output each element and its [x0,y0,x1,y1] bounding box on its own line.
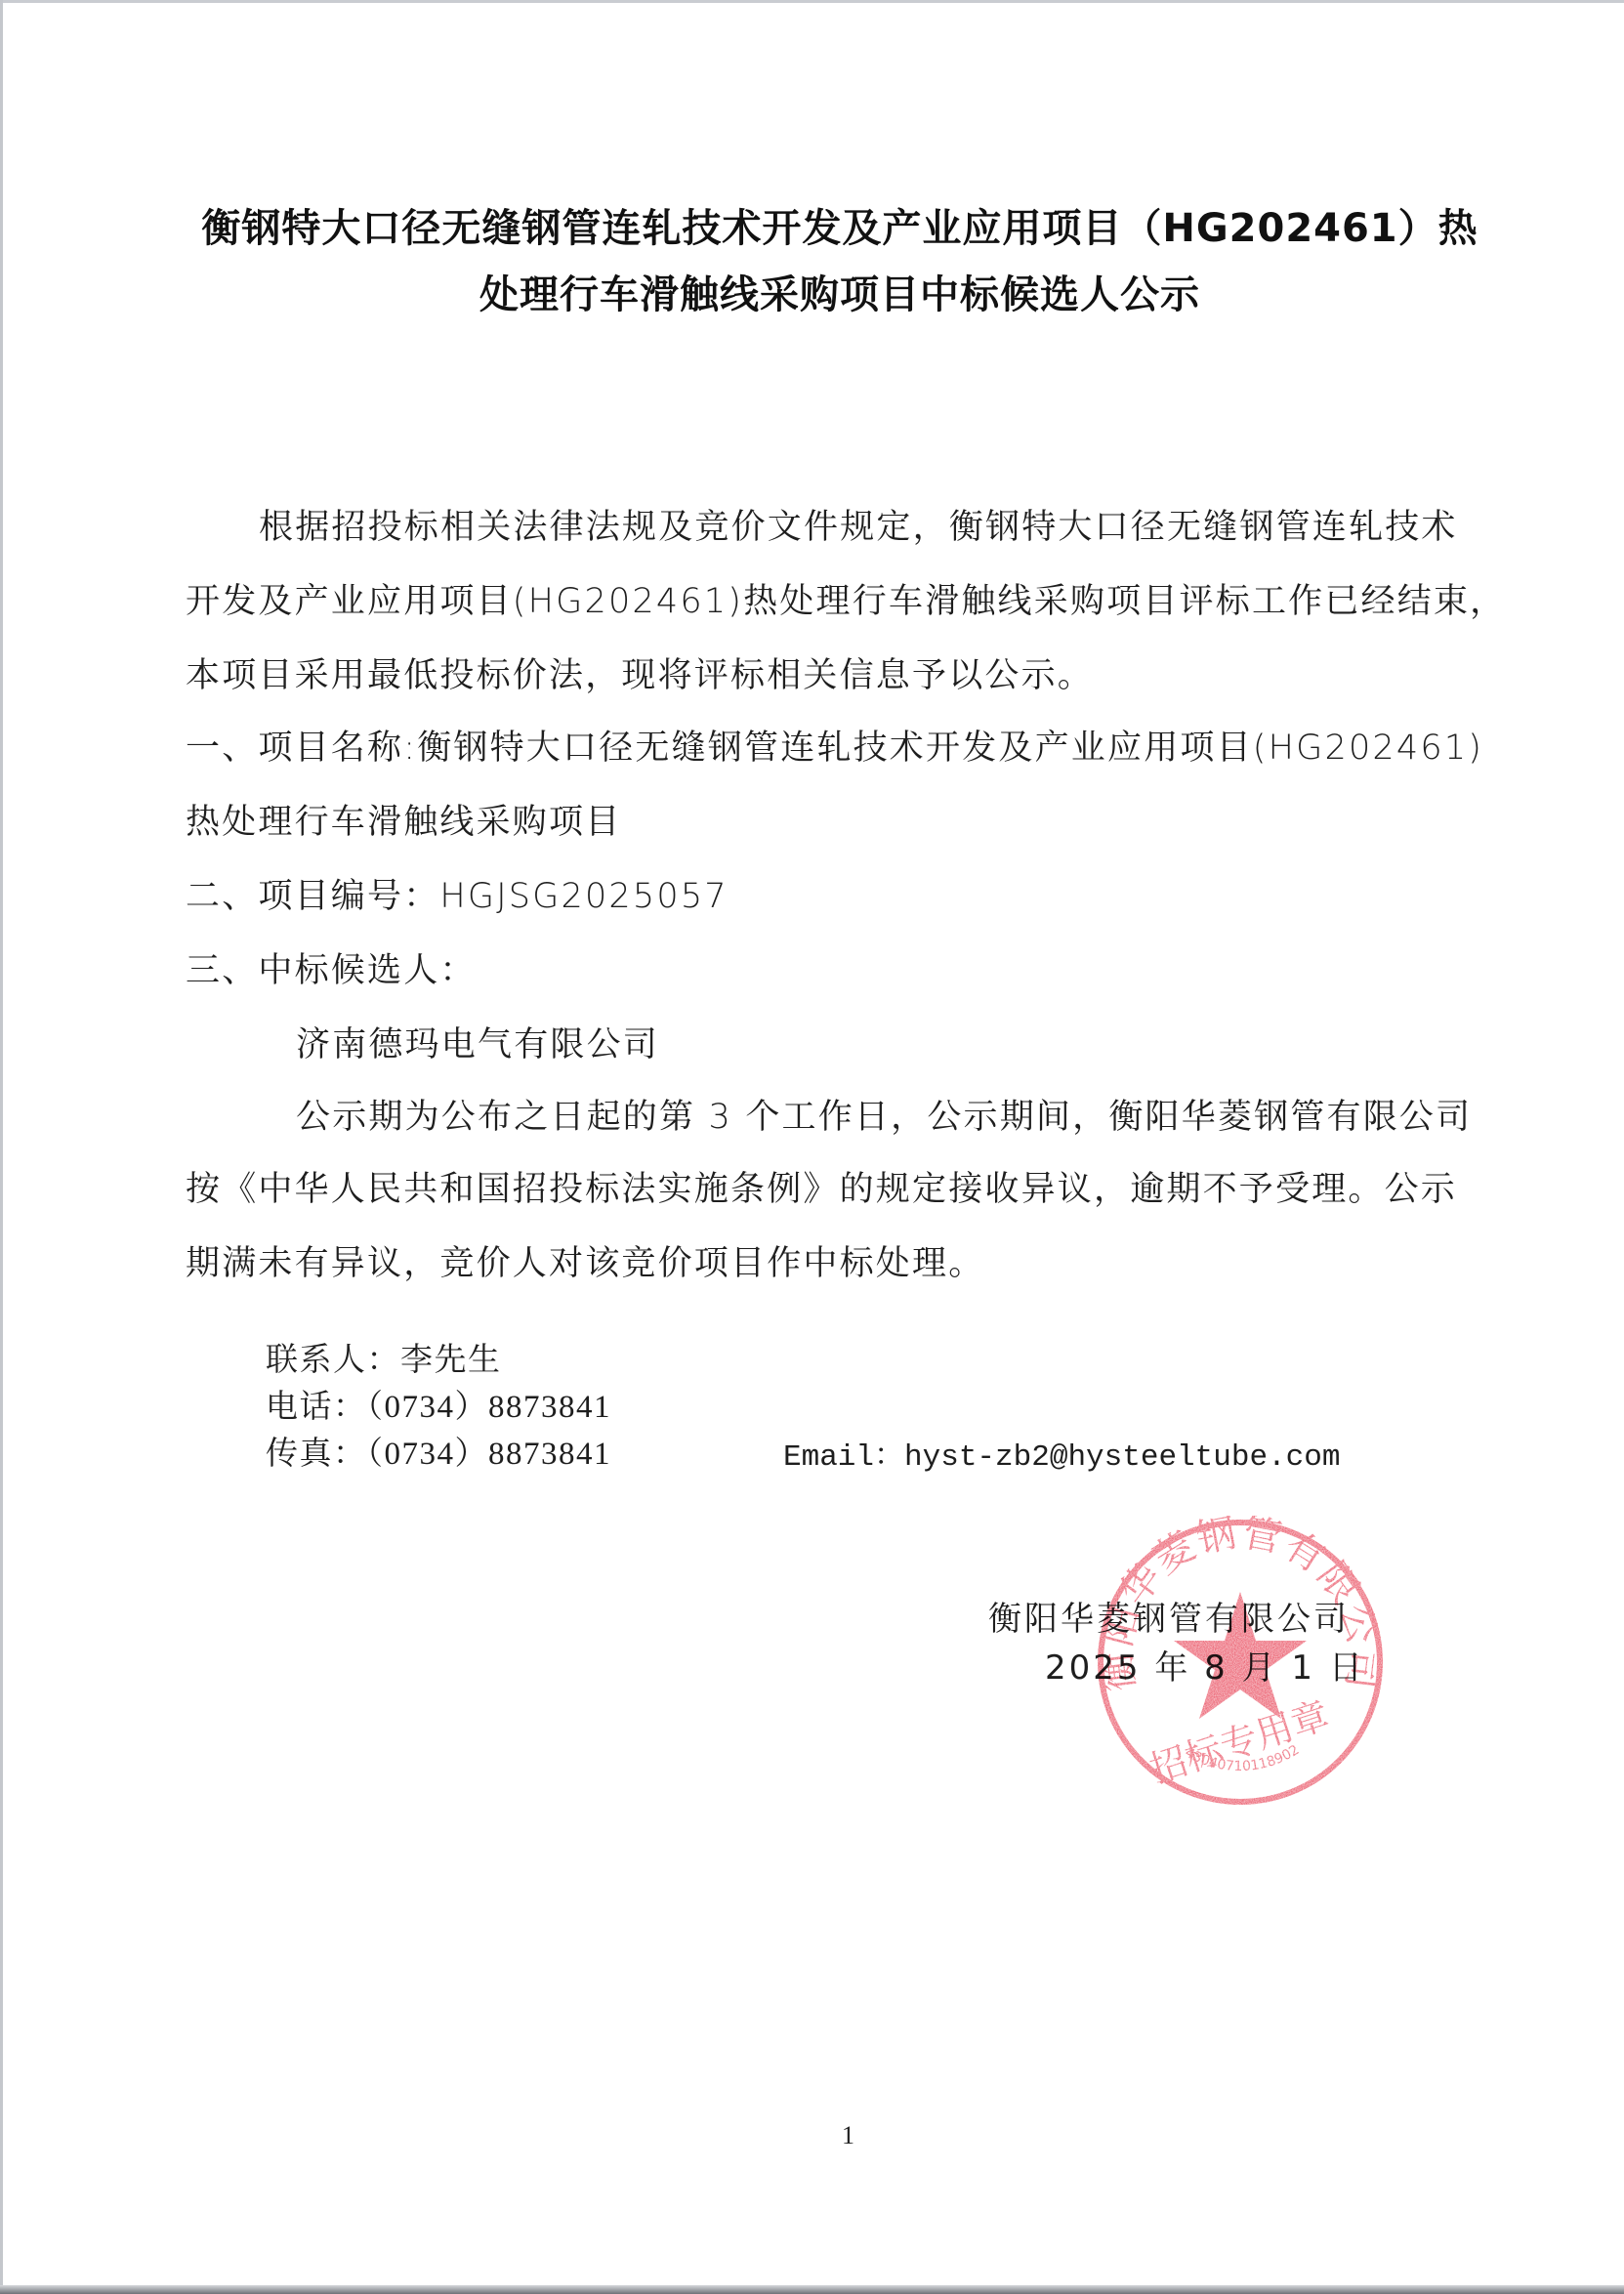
notice-line-2: 按《中华人民共和国招投标法实施条例》的规定接收异议，逾期不予受理。公示 [186,1162,1457,1211]
project-number: 二、项目编号：HGJSG2025057 [186,869,729,918]
candidate-name: 济南德玛电气有限公司 [296,1018,659,1066]
contact-person-label: 联系人： [266,1340,400,1378]
intro-line-1: 根据招投标相关法律法规及竞价文件规定，衡钢特大口径无缝钢管连轧技术 [259,500,1458,549]
scan-edge-bottom [0,2285,1624,2294]
intro-line-2: 开发及产业应用项目(HG202461)热处理行车滑触线采购项目评标工作已经结束， [186,574,1506,623]
contact-email-label: Email： [783,1440,904,1475]
intro-line-3: 本项目采用最低投标价法，现将评标相关信息予以公示。 [186,648,1094,697]
contact-fax-value: （0734）8873841 [367,1437,612,1472]
scan-edge-left [0,0,3,2294]
project-name-line-2: 热处理行车滑触线采购项目 [186,795,621,844]
contact-person-value: 李先生 [400,1340,502,1378]
contact-email-value[interactable]: hyst-zb2@hysteeltube.com [904,1440,1340,1475]
title-line-2: 处理行车滑触线采购项目中标候选人公示 [176,262,1504,328]
contact-email: Email：hyst-zb2@hysteeltube.com [783,1430,1341,1475]
scan-edge-top [0,0,1624,3]
contact-phone-value: （0734）8873841 [367,1390,612,1425]
official-seal-stamp-icon: 衡阳华菱钢管有限公司 招标专用章 4304071011890​2 [1094,1516,1387,1809]
title-line-1: 衡钢特大口径无缝钢管连轧技术开发及产业应用项目（HG202461）热 [176,195,1504,262]
contact-fax: 传真：（0734）8873841 [266,1428,611,1474]
project-name-line-1: 一、项目名称:衡钢特大口径无缝钢管连轧技术开发及产业应用项目(HG202461) [186,721,1483,770]
document-title: 衡钢特大口径无缝钢管连轧技术开发及产业应用项目（HG202461）热 处理行车滑… [176,195,1504,328]
page-number: 1 [842,2121,854,2150]
notice-line-3: 期满未有异议，竞价人对该竞价项目作中标处理。 [186,1236,984,1285]
contact-fax-label: 传真： [266,1434,367,1472]
candidate-heading: 三、中标候选人： [186,943,477,992]
contact-phone: 电话：（0734）8873841 [266,1381,611,1427]
svg-text:招标专用章: 招标专用章 [1145,1693,1334,1792]
contact-phone-label: 电话： [266,1387,367,1425]
notice-line-1: 公示期为公布之日起的第 3 个工作日，公示期间，衡阳华菱钢管有限公司 [296,1090,1472,1139]
contact-person: 联系人：李先生 [266,1334,502,1380]
